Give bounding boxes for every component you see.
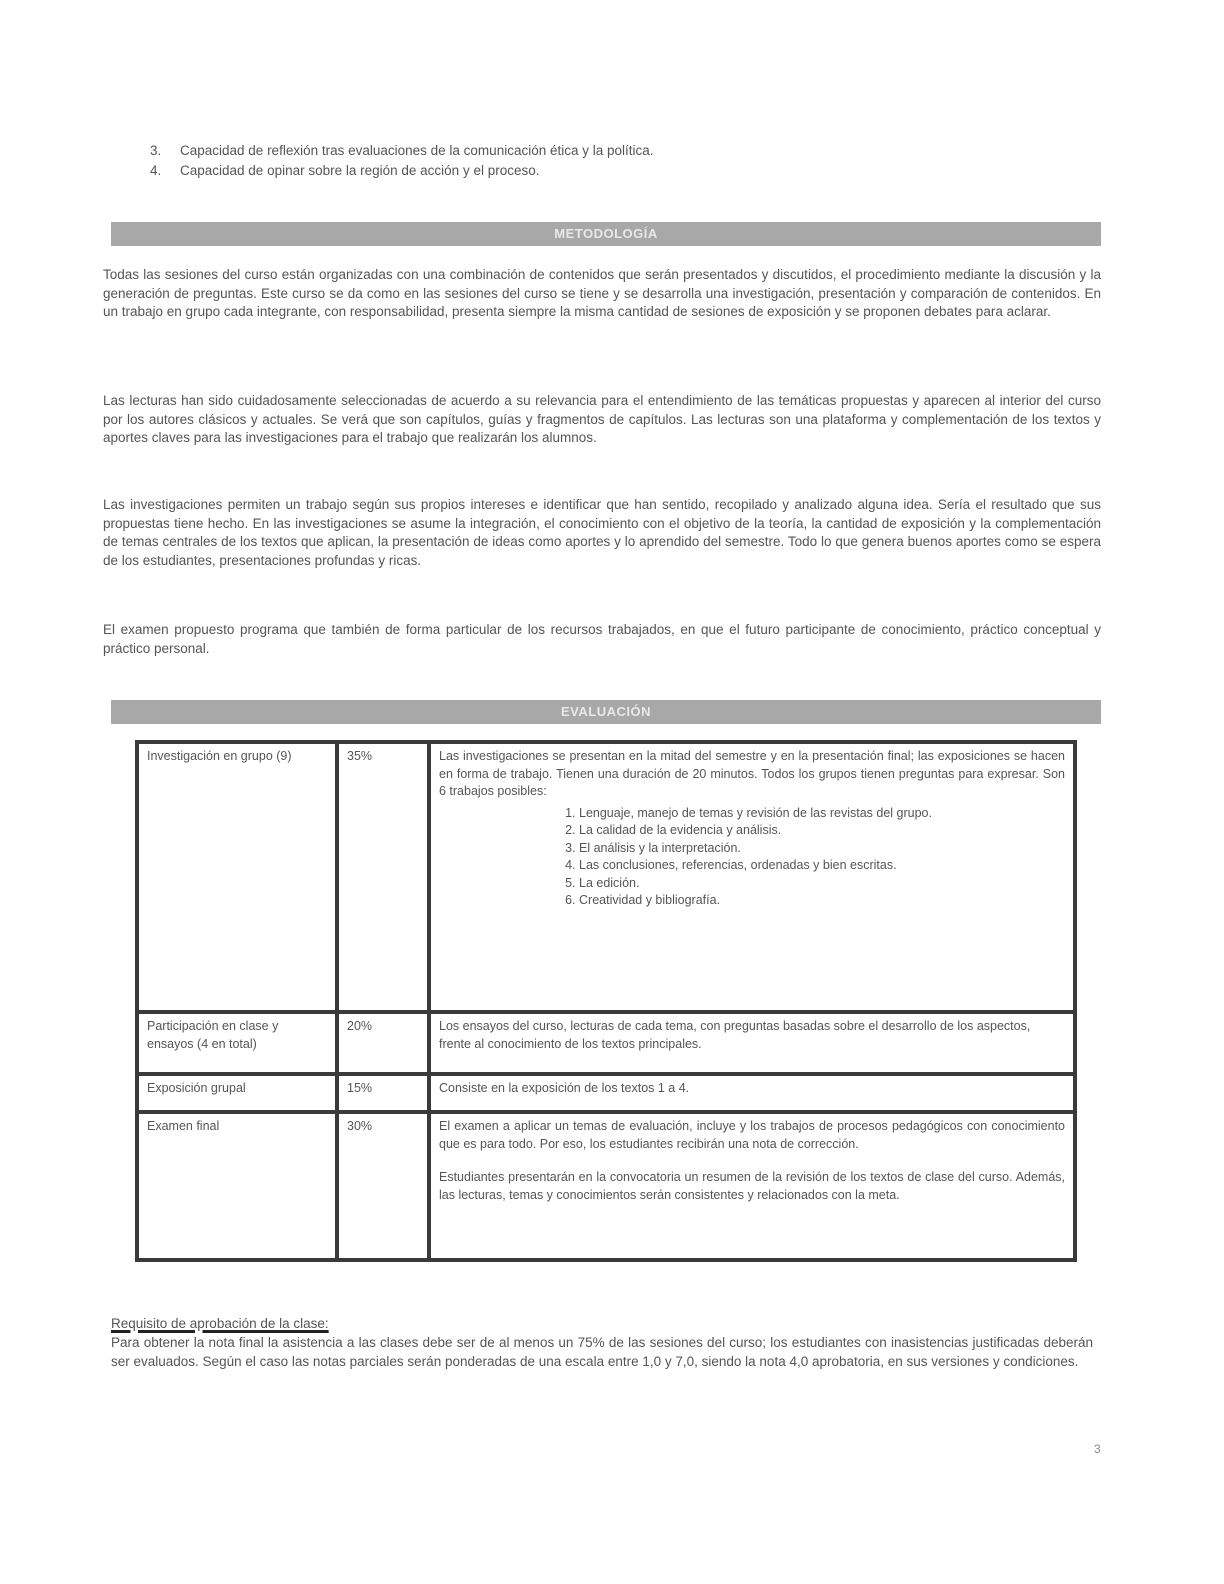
component-cell: Exposición grupal [137, 1074, 337, 1112]
description-cell: Las investigaciones se presentan en la m… [429, 742, 1075, 1012]
list-item: Creatividad y bibliografía. [579, 892, 1065, 910]
list-item: Las conclusiones, referencias, ordenadas… [579, 857, 1065, 875]
list-item: Lenguaje, manejo de temas y revisión de … [579, 805, 1065, 823]
weight-cell: 35% [337, 742, 429, 1012]
competencies-list-continued: 3.Capacidad de reflexión tras evaluacion… [150, 141, 910, 181]
document-page: 3.Capacidad de reflexión tras evaluacion… [0, 0, 1224, 1584]
methodology-paragraph: El examen propuesto programa que también… [103, 621, 1101, 658]
description-cell: Consiste en la exposición de los textos … [429, 1074, 1075, 1112]
page-number: 3 [1094, 1442, 1101, 1456]
methodology-paragraph: Las investigaciones permiten un trabajo … [103, 496, 1101, 570]
methodology-paragraph: Todas las sesiones del curso están organ… [103, 266, 1101, 322]
list-text: Capacidad de reflexión tras evaluaciones… [180, 141, 654, 161]
table-row: Participación en clase y ensayos (4 en t… [137, 1012, 1075, 1074]
description-text: Las investigaciones se presentan en la m… [439, 748, 1065, 801]
list-number: 4. [150, 161, 180, 181]
table-row: Exposición grupal 15% Consiste en la exp… [137, 1074, 1075, 1112]
component-cell: Investigación en grupo (9) [137, 742, 337, 1012]
list-item: La calidad de la evidencia y análisis. [579, 822, 1065, 840]
weight-cell: 15% [337, 1074, 429, 1112]
list-item: 4.Capacidad de opinar sobre la región de… [150, 161, 910, 181]
list-number: 3. [150, 141, 180, 161]
weight-cell: 30% [337, 1112, 429, 1260]
list-item: La edición. [579, 875, 1065, 893]
description-text: El examen a aplicar un temas de evaluaci… [439, 1118, 1065, 1153]
section-heading-methodology: METODOLOGÍA [111, 222, 1101, 246]
list-item: El análisis y la interpretación. [579, 840, 1065, 858]
list-text: Capacidad de opinar sobre la región de a… [180, 161, 539, 181]
list-item: 3.Capacidad de reflexión tras evaluacion… [150, 141, 910, 161]
description-cell: El examen a aplicar un temas de evaluaci… [429, 1112, 1075, 1260]
description-cell: Los ensayos del curso, lecturas de cada … [429, 1012, 1075, 1074]
section-heading-evaluation: EVALUACIÓN [111, 700, 1101, 724]
attendance-requirement-title: Requisito de aprobación de la clase: [111, 1316, 329, 1331]
description-text: Estudiantes presentarán en la convocator… [439, 1169, 1065, 1204]
methodology-paragraph: Las lecturas han sido cuidadosamente sel… [103, 392, 1101, 448]
attendance-requirement-text: Para obtener la nota final la asistencia… [111, 1334, 1093, 1371]
table-row: Examen final 30% El examen a aplicar un … [137, 1112, 1075, 1260]
table-row: Investigación en grupo (9) 35% Las inves… [137, 742, 1075, 1012]
weight-cell: 20% [337, 1012, 429, 1074]
component-cell: Examen final [137, 1112, 337, 1260]
component-cell: Participación en clase y ensayos (4 en t… [137, 1012, 337, 1074]
evaluation-table: Investigación en grupo (9) 35% Las inves… [135, 740, 1077, 1262]
criteria-list: Lenguaje, manejo de temas y revisión de … [549, 805, 1065, 910]
